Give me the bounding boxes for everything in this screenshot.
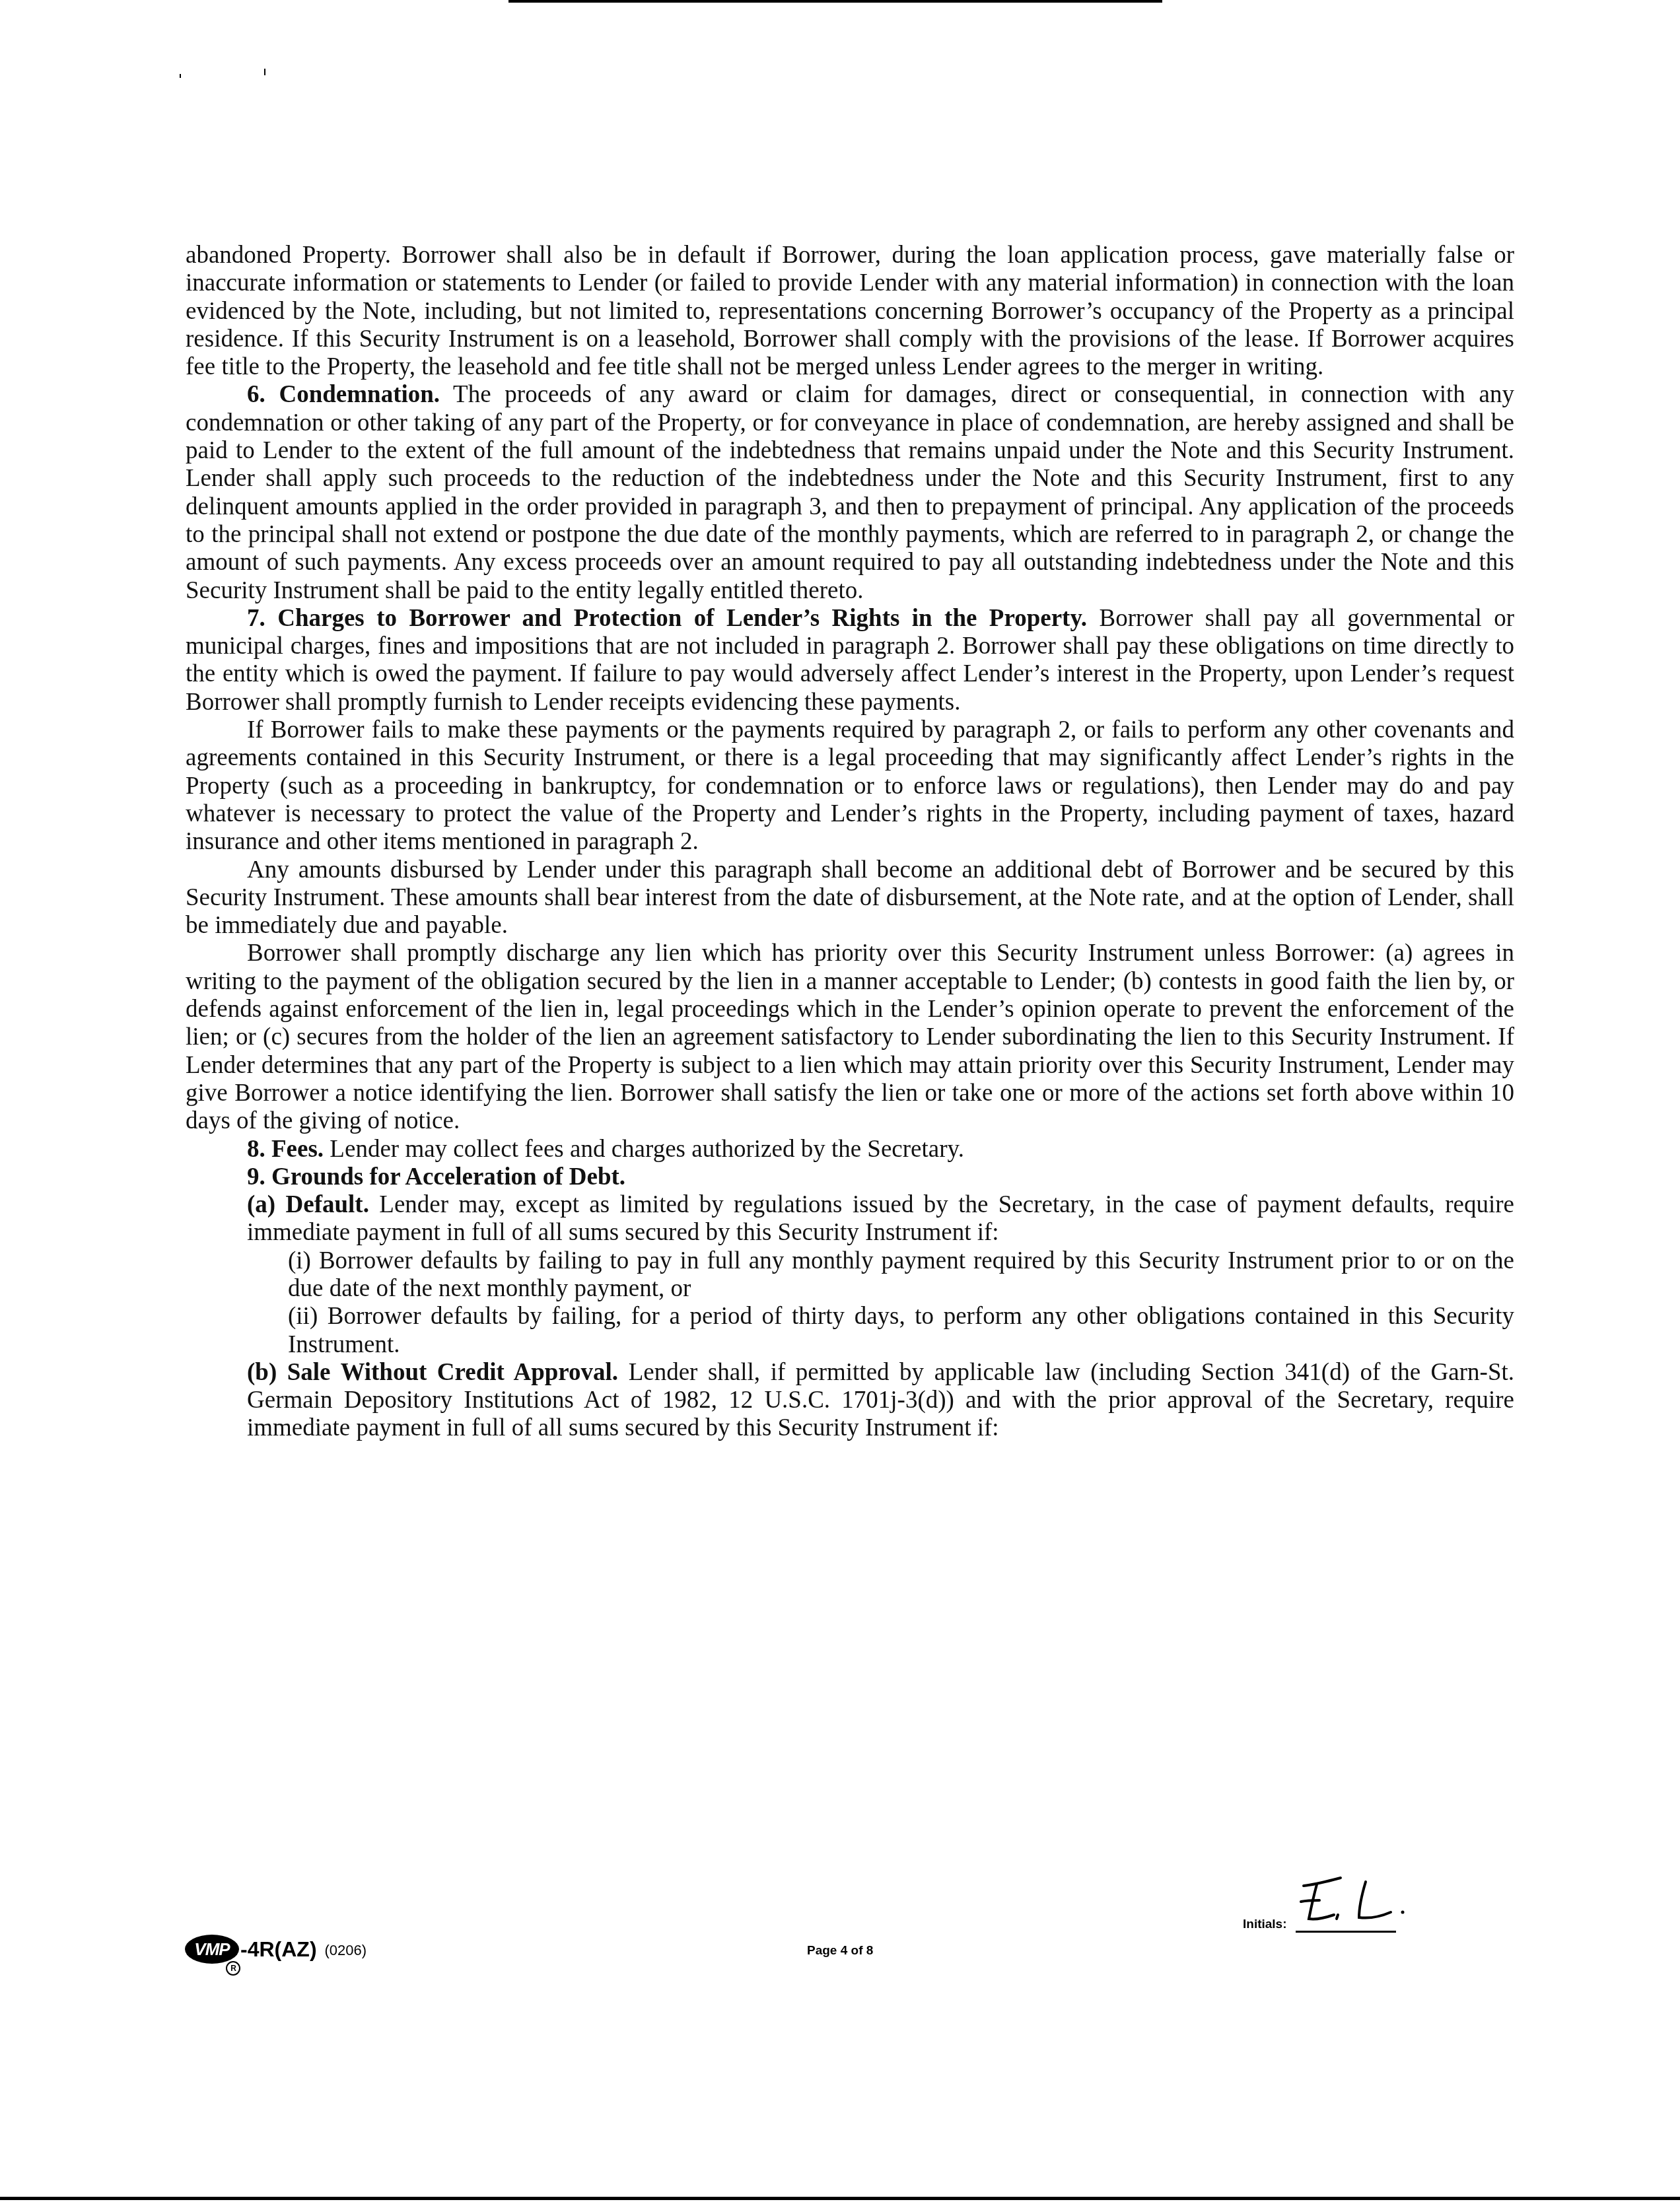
section-9-acceleration: 9. Grounds for Acceleration of Debt. — [186, 1163, 1514, 1191]
initials-label: Initials: — [1243, 1917, 1287, 1932]
section-heading: 7. Charges to Borrower and Protection of… — [247, 605, 1087, 632]
paragraph-text: abandoned Property. Borrower shall also … — [186, 242, 1514, 380]
subsection-heading: (b) Sale Without Credit Approval. — [247, 1359, 618, 1386]
initials-field: Initials: — [1243, 1875, 1415, 1935]
paragraph-text: If Borrower fails to make these payments… — [186, 716, 1514, 855]
section-9b-sale-without-credit-approval: (b) Sale Without Credit Approval. Lender… — [186, 1359, 1514, 1443]
page-number: Page 4 of 8 — [807, 1944, 873, 1958]
section-8-fees: 8. Fees. Lender may collect fees and cha… — [186, 1136, 1514, 1163]
handwritten-initials-signature — [1297, 1875, 1416, 1931]
section-6-condemnation: 6. Condemnation. The proceeds of any awa… — [186, 381, 1514, 604]
section-7-charges: 7. Charges to Borrower and Protection of… — [186, 605, 1514, 716]
initials-underline — [1296, 1931, 1396, 1933]
paragraph-text: (ii) Borrower defaults by failing, for a… — [288, 1303, 1514, 1358]
scan-speck — [180, 74, 181, 78]
section-7-amounts-disbursed: Any amounts disbursed by Lender under th… — [186, 856, 1514, 940]
section-9a-ii: (ii) Borrower defaults by failing, for a… — [186, 1303, 1514, 1359]
paragraph-text: Lender may collect fees and charges auth… — [324, 1136, 964, 1163]
scan-top-border — [508, 0, 1162, 3]
section-9a-default: (a) Default. Lender may, except as limit… — [186, 1191, 1514, 1247]
registered-trademark-icon: R — [226, 1961, 240, 1976]
paragraph-text: Borrower shall promptly discharge any li… — [186, 940, 1514, 1134]
vmp-logo-icon: VMP R — [185, 1935, 239, 1964]
section-7-lien-discharge: Borrower shall promptly discharge any li… — [186, 940, 1514, 1135]
paragraph-text: (i) Borrower defaults by failing to pay … — [288, 1247, 1514, 1302]
section-heading: 6. Condemnation. — [247, 381, 440, 408]
paragraph-text: The proceeds of any award or claim for d… — [186, 381, 1514, 604]
form-code: -4R(AZ) — [240, 1935, 317, 1964]
form-identifier: VMP R -4R(AZ) (0206) — [185, 1935, 367, 1966]
scan-bottom-border — [0, 2197, 1680, 2200]
section-heading: 9. Grounds for Acceleration of Debt. — [247, 1163, 625, 1190]
subsection-heading: (a) Default. — [247, 1191, 369, 1218]
paragraph-abandoned-property: abandoned Property. Borrower shall also … — [186, 242, 1514, 381]
logo-text: VMP — [194, 1939, 229, 1960]
section-9a-i: (i) Borrower defaults by failing to pay … — [186, 1247, 1514, 1303]
scan-speck — [264, 69, 265, 75]
section-7-failure-to-pay: If Borrower fails to make these payments… — [186, 716, 1514, 856]
document-body: abandoned Property. Borrower shall also … — [186, 242, 1514, 1443]
paragraph-text: Any amounts disbursed by Lender under th… — [186, 856, 1514, 940]
paragraph-text: Lender may, except as limited by regulat… — [247, 1191, 1514, 1246]
form-revision-date: (0206) — [325, 1935, 367, 1966]
section-heading: 8. Fees. — [247, 1136, 324, 1163]
